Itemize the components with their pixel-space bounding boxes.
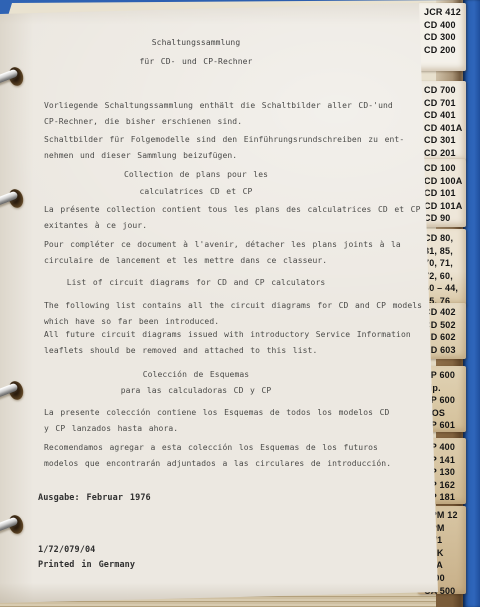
text-line: y CP lanzados hasta ahora.: [44, 421, 389, 437]
spanish-heading: Colección de Esquemaspara las calculador…: [0, 367, 392, 398]
text-line: Colección de Esquemas: [0, 367, 392, 383]
text-line: CD 90: [424, 212, 466, 225]
english-heading: List of circuit diagrams for CD and CP c…: [0, 275, 392, 291]
text-line: CD 300: [424, 31, 466, 44]
printed-in: Printed in Germany: [38, 558, 135, 574]
german-paragraph-2: Schaltbilder für Folgemodelle sind den E…: [44, 132, 404, 163]
spanish-paragraph-2: Recomendamos agregar a esta colección lo…: [44, 440, 391, 471]
text-line: CD 201: [424, 147, 466, 160]
text-line: CD 100: [424, 162, 466, 175]
text-line: CD 402: [424, 306, 466, 319]
text-line: modelos que encontrarán adjuntados a las…: [44, 456, 391, 472]
text-line: CD 80,: [424, 232, 466, 245]
french-paragraph-2: Pour compléter ce document à l'avenir, d…: [44, 237, 401, 268]
text-line: All future circuit diagrams issued with …: [44, 327, 411, 343]
text-line: leaflets should be removed and attached …: [44, 343, 411, 359]
text-line: 81, 85,: [424, 245, 466, 258]
binder-ring-3: [0, 378, 34, 408]
text-line: CD 502: [424, 319, 466, 332]
text-line: CD 100A: [424, 175, 466, 188]
english-paragraph-1: The following list contains all the circ…: [44, 298, 422, 329]
binder-ring-4: [0, 512, 34, 542]
text-line: The following list contains all the circ…: [44, 298, 422, 314]
text-line: CD 101: [424, 187, 466, 200]
text-line: nehmen und dieser Sammlung beizufügen.: [44, 148, 404, 164]
text-line: List of circuit diagrams for CD and CP c…: [0, 275, 392, 291]
document-title: Schaltungssammlungfür CD- und CP-Rechner: [0, 33, 392, 71]
text-line: CD 101A: [424, 200, 466, 213]
spanish-paragraph-1: La presente colección contiene los Esque…: [44, 405, 389, 436]
text-line: 72, 60,: [424, 270, 466, 283]
binder-photo: JCR 412CD 400CD 300CD 200 CD 700CD 701CD…: [0, 0, 480, 607]
text-line: para las calculadoras CD y CP: [0, 383, 392, 399]
french-paragraph-1: La présente collection contient tous les…: [44, 202, 421, 233]
text-line: La présente collection contient tous les…: [44, 202, 421, 218]
binder-ring-2: [0, 186, 34, 216]
text-line: Schaltungssammlung: [0, 33, 392, 52]
text-line: Vorliegende Schaltungssammlung enthält d…: [44, 98, 393, 114]
french-heading: Collection de plans pour lescalculatrice…: [0, 167, 392, 200]
binder-ring-1: [0, 64, 34, 94]
german-paragraph-1: Vorliegende Schaltungssammlung enthält d…: [44, 98, 393, 129]
text-line: CD 200: [424, 44, 466, 57]
text-line: JCR 412: [424, 6, 466, 19]
text-line: CD 701: [424, 97, 466, 110]
text-line: CD 602: [424, 331, 466, 344]
text-line: CD 700: [424, 84, 466, 97]
text-line: Collection de plans pour les: [0, 167, 392, 184]
text-line: Recomendamos agregar a esta colección lo…: [44, 440, 391, 456]
text-line: exitantes à ce jour.: [44, 218, 421, 234]
text-line: CD 401A: [424, 122, 466, 135]
text-line: für CD- und CP-Rechner: [0, 52, 392, 71]
text-line: Schaltbilder für Folgemodelle sind den E…: [44, 132, 404, 148]
text-line: CD 301: [424, 134, 466, 147]
form-number: 1/72/079/04: [38, 543, 95, 559]
text-line: CP-Rechner, die bisher erschienen sind.: [44, 114, 393, 130]
english-paragraph-2: All future circuit diagrams issued with …: [44, 327, 411, 358]
text-line: La presente colección contiene los Esque…: [44, 405, 389, 421]
document-page: Schaltungssammlungfür CD- und CP-Rechner…: [0, 0, 480, 607]
text-line: 40 – 44,: [424, 282, 466, 295]
text-line: calculatrices CD et CP: [0, 184, 392, 201]
text-line: CD 401: [424, 109, 466, 122]
text-line: CD 400: [424, 19, 466, 32]
issue-date: Ausgabe: Februar 1976: [38, 491, 151, 507]
text-line: Pour compléter ce document à l'avenir, d…: [44, 237, 401, 253]
index-tab-1: JCR 412CD 400CD 300CD 200: [417, 3, 466, 71]
index-tab-2: CD 700CD 701CD 401CD 401ACD 301CD 201: [417, 81, 466, 161]
text-line: 70, 71,: [424, 257, 466, 270]
text-line: circulaire de lancement et les mettre da…: [44, 253, 401, 269]
